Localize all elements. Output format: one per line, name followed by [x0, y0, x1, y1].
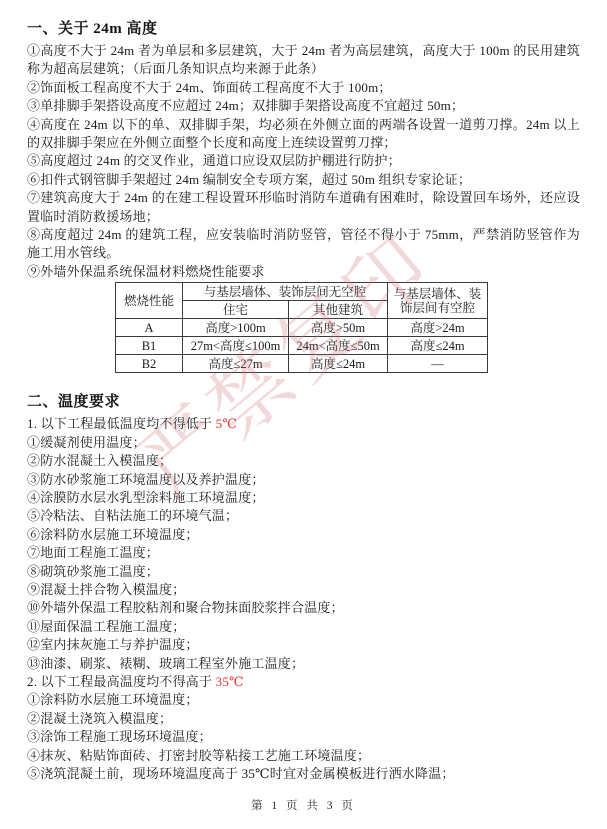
list-item: ⑥涂料防水层施工环境温度； [27, 526, 580, 544]
document-page: 一、关于 24m 高度 ①高度不大于 24m 者为单层和多层建筑，大于 24m … [0, 0, 607, 829]
list-item: ③防水砂浆施工环境温度以及养护温度； [27, 471, 580, 489]
table-cell: 高度>50m [289, 319, 388, 337]
table-cell: 高度≤24m [289, 355, 388, 373]
page-content: 一、关于 24m 高度 ①高度不大于 24m 者为单层和多层建筑，大于 24m … [0, 0, 607, 783]
list-item: ②防水混凝土入模温度； [27, 452, 580, 470]
list-item: ③涂饰工程施工现场环境温度； [27, 728, 580, 746]
burn-performance-table: 燃烧性能 与基层墙体、装饰层间无空腔 与基层墙体、装饰层间有空腔 住宅 其他建筑… [115, 282, 488, 373]
table-row: B1 27m<高度≤100m 24m<高度≤50m 高度≤24m [116, 337, 488, 355]
list-item: ③单排脚手架搭设高度不应超过 24m；双排脚手架搭设高度不宜超过 50m； [27, 97, 580, 115]
sub2-lead-line: 2. 以下工程最高温度均不得高于 35℃ [27, 673, 580, 691]
min-temp-value: 5℃ [216, 416, 237, 431]
list-item: ①缓凝剂使用温度； [27, 434, 580, 452]
list-item: ①高度不大于 24m 者为单层和多层建筑，大于 24m 者为高层建筑，高度大于 … [27, 42, 580, 79]
table-cell: — [388, 355, 488, 373]
table-cell: B2 [116, 355, 183, 373]
list-item: ⑦地面工程施工温度； [27, 544, 580, 562]
list-item: ④抹灰、粘贴饰面砖、打密封胶等粘接工艺施工环境温度； [27, 747, 580, 765]
table-header-cell: 与基层墙体、装饰层间有空腔 [388, 283, 488, 319]
section1-title: 一、关于 24m 高度 [27, 18, 580, 40]
list-item: ①涂料防水层施工环境温度； [27, 691, 580, 709]
list-item: ⑥扣件式钢管脚手架超过 24m 编制安全专项方案，超过 50m 组织专家论证； [27, 171, 580, 189]
list-item: ⑦建筑高度大于 24m 的在建工程设置环形临时消防车道确有困难时，除设置回车场外… [27, 189, 580, 226]
list-item: ②饰面板工程高度不大于 24m、饰面砖工程高度不大于 100m； [27, 79, 580, 97]
table-row: B2 高度≤27m 高度≤24m — [116, 355, 488, 373]
sub1-lead-text: 1. 以下工程最低温度均不得低于 [27, 416, 216, 431]
table-cell: 24m<高度≤50m [289, 337, 388, 355]
table-header-cell: 燃烧性能 [116, 283, 183, 319]
section2-title: 二、温度要求 [27, 391, 580, 413]
list-item: ⑤高度超过 24m 的交叉作业，通道口应设双层防护棚进行防护； [27, 152, 580, 170]
list-item: ⑧高度超过 24m 的建筑工程，应安装临时消防竖管，管径不得小于 75mm，严禁… [27, 226, 580, 263]
list-item: ⑤浇筑混凝土前，现场环境温度高于 35℃时宜对金属模板进行洒水降温； [27, 765, 580, 783]
table-header-cell: 住宅 [183, 301, 289, 319]
table-cell: 高度≤24m [388, 337, 488, 355]
table-cell: B1 [116, 337, 183, 355]
table-cell: A [116, 319, 183, 337]
list-item: ⑩外墙外保温工程胶粘剂和聚合物抹面胶浆拌合温度； [27, 599, 580, 617]
table-cell: 高度>24m [388, 319, 488, 337]
table-header-cell: 其他建筑 [289, 301, 388, 319]
sub2-lead-text: 2. 以下工程最高温度均不得高于 [27, 674, 216, 689]
list-item: ⑨混凝土拌合物入模温度； [27, 581, 580, 599]
list-item: ⑧砌筑砂浆施工温度； [27, 563, 580, 581]
list-item: ⑪屋面保温工程施工温度； [27, 618, 580, 636]
table-cell: 高度≤27m [183, 355, 289, 373]
list-item: ⑤冷粘法、自粘法施工的环境气温； [27, 507, 580, 525]
table-row: A 高度>100m 高度>50m 高度>24m [116, 319, 488, 337]
table-row: 燃烧性能 与基层墙体、装饰层间无空腔 与基层墙体、装饰层间有空腔 [116, 283, 488, 301]
table-cell: 高度>100m [183, 319, 289, 337]
sub1-lead-line: 1. 以下工程最低温度均不得低于 5℃ [27, 415, 580, 433]
list-item: ④高度在 24m 以下的单、双排脚手架，均必须在外侧立面的两端各设置一道剪刀撑。… [27, 116, 580, 153]
list-item: ④涂膜防水层水乳型涂料施工环境温度； [27, 489, 580, 507]
list-item: ⑨外墙外保温系统保温材料燃烧性能要求 [27, 263, 580, 281]
table-cell: 27m<高度≤100m [183, 337, 289, 355]
page-number-footer: 第 1 页 共 3 页 [0, 797, 607, 813]
table-header-cell: 与基层墙体、装饰层间无空腔 [183, 283, 388, 301]
list-item: ⑫室内抹灰施工与养护温度； [27, 636, 580, 654]
list-item: ⑬油漆、刷浆、裱糊、玻璃工程室外施工温度； [27, 655, 580, 673]
list-item: ②混凝土浇筑入模温度； [27, 710, 580, 728]
max-temp-value: 35℃ [216, 674, 244, 689]
